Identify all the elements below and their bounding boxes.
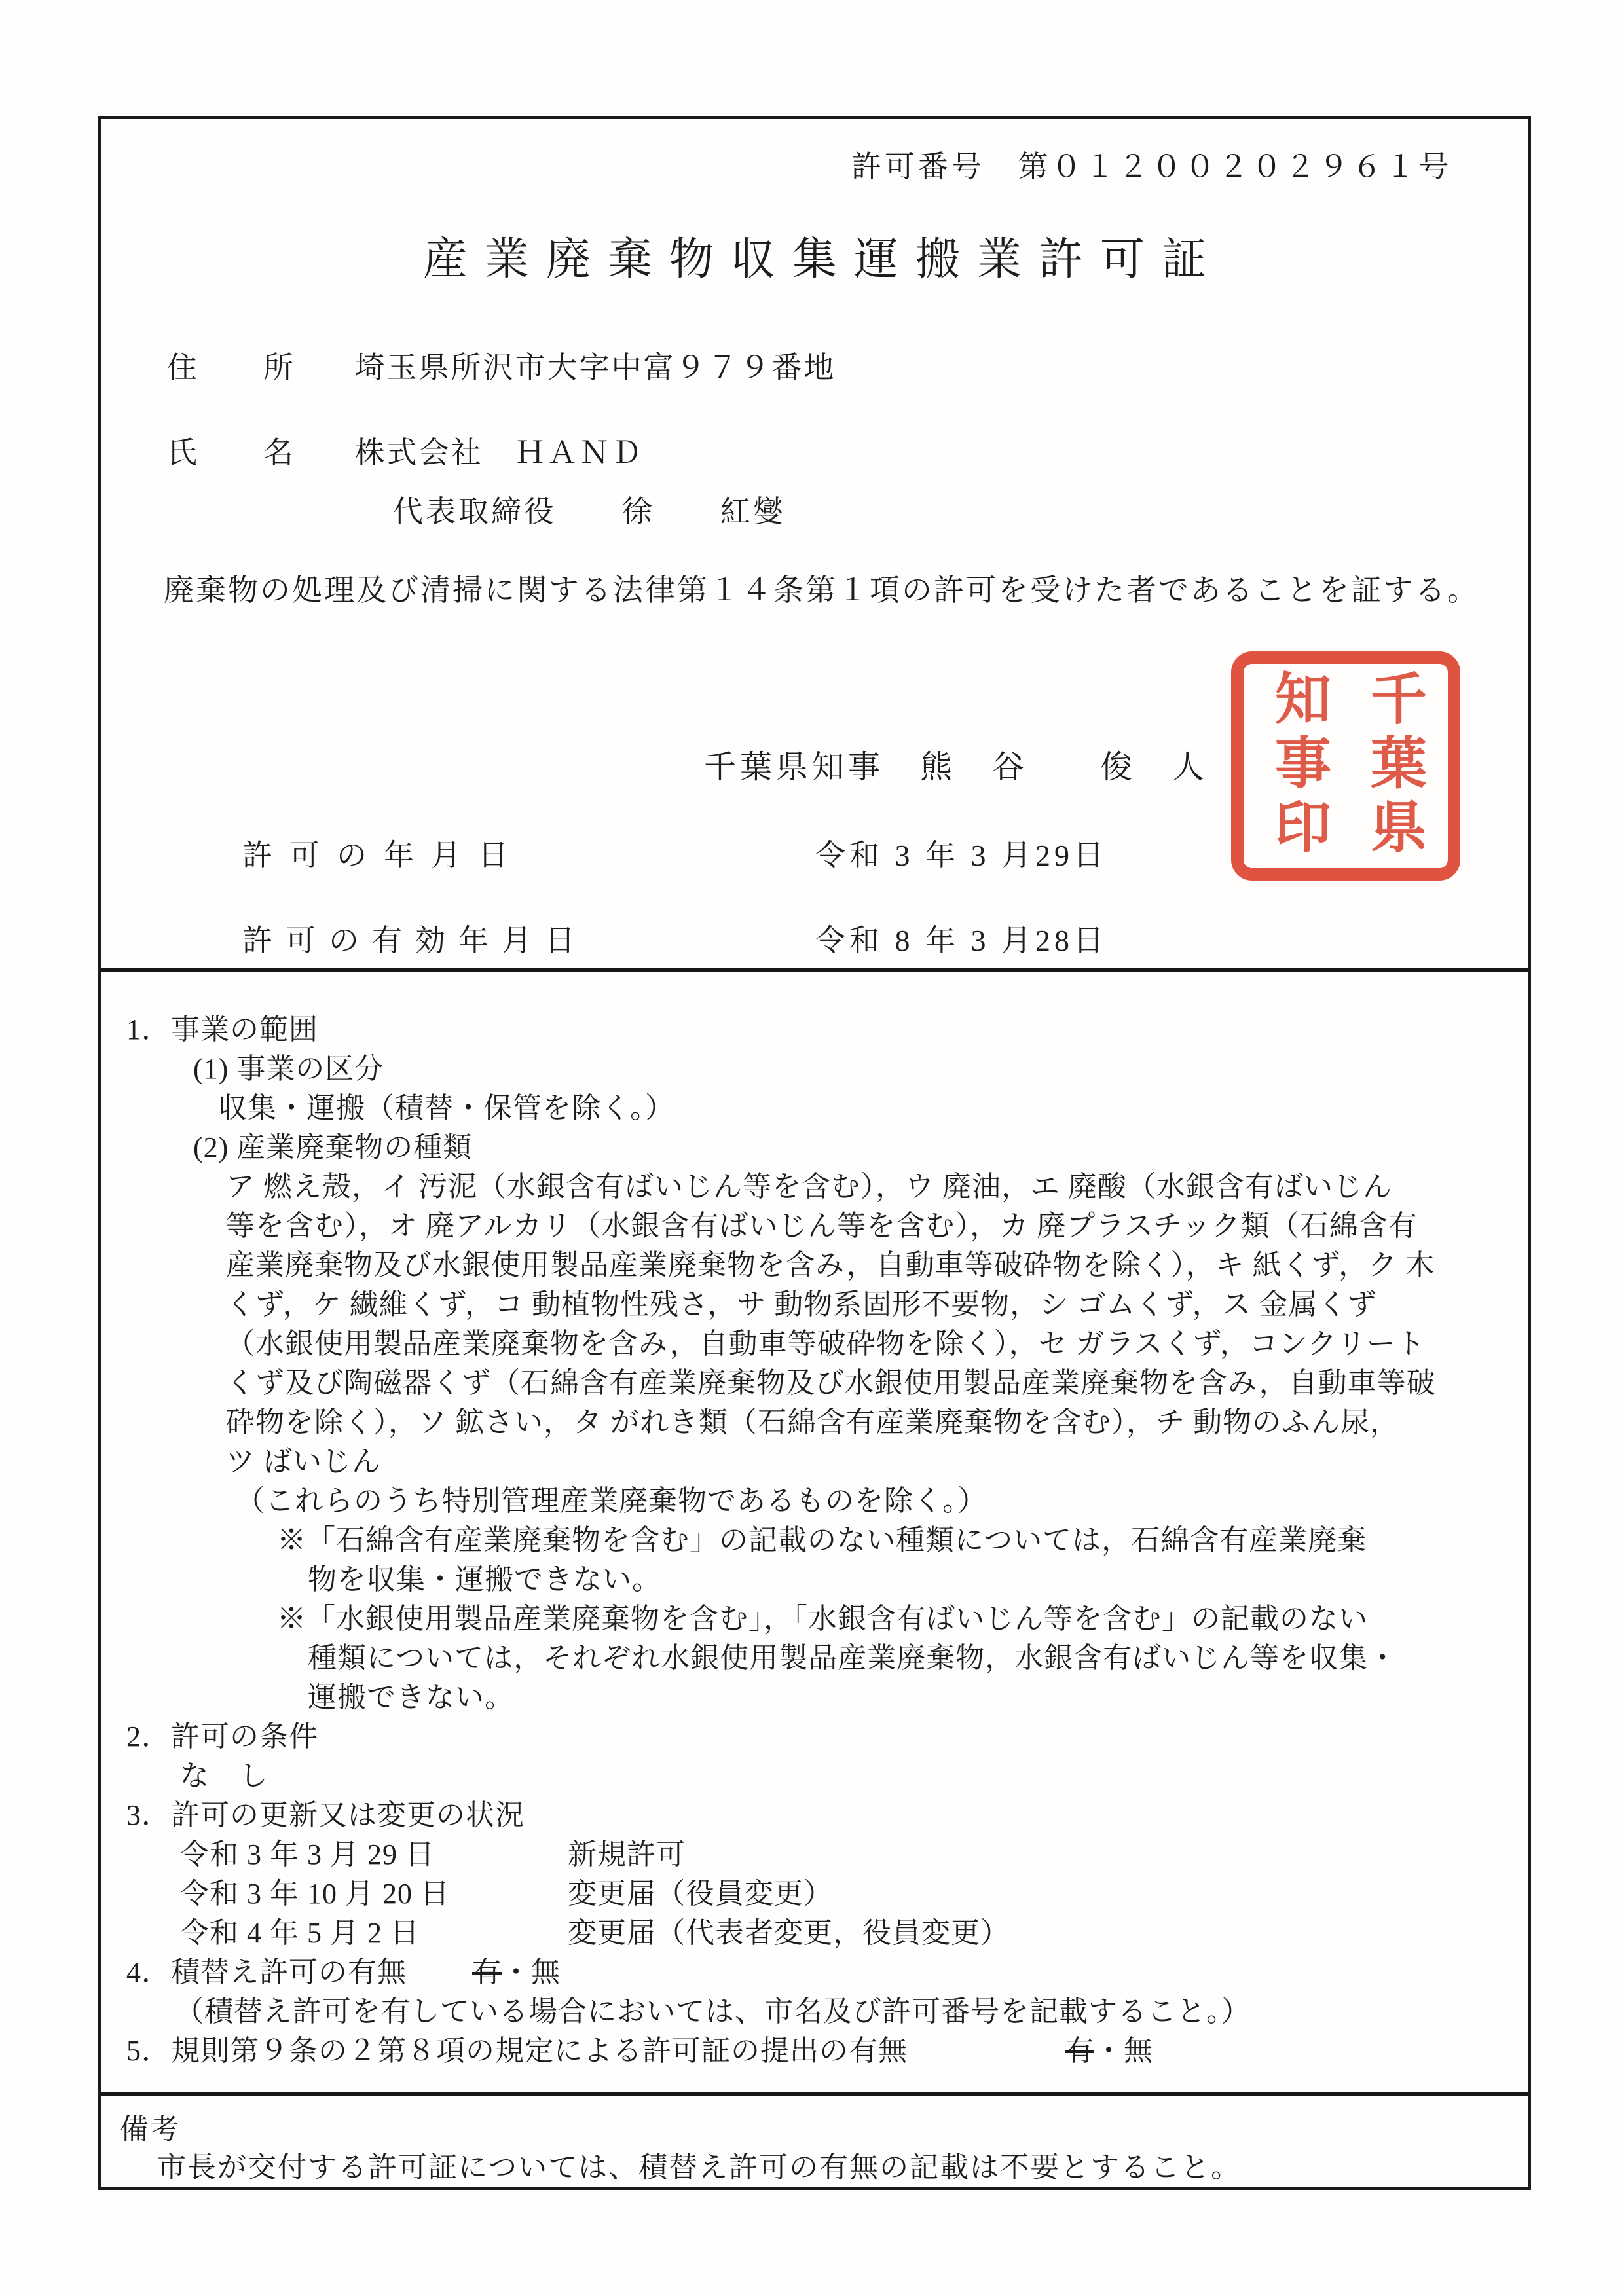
conditions-section: 1．事業の範囲 (1) 事業の区分 収集・運搬（積替・保管を除く。） (2) 産… [101, 968, 1528, 2092]
section1-heading: 1．事業の範囲 [101, 1010, 1528, 1049]
mercury-note-line: 種類については，それぞれ水銀使用製品産業廃棄物，水銀含有ばいじん等を収集・ [101, 1639, 1528, 1678]
scanned-permit-page: 許可番号 第０１２００２０２９６１号 産業廃棄物収集運搬業許可証 住 所 埼玉県… [0, 0, 1624, 2296]
remarks-box: 備考 市長が交付する許可証については、積替え許可の有無の記載は不要とすること。 [101, 2092, 1528, 2187]
history-date: 令和 4 年 5 月 2 日 [180, 1914, 560, 1953]
grant-date-row: 許可の年月日 令和 3 年 3 月29日 [242, 831, 525, 875]
history-row: 令和 3 年 3 月 29 日 新規許可 [101, 1835, 1528, 1874]
expiry-date-label: 許可の有効年月日 [242, 917, 588, 960]
name-label: 氏 名 [167, 436, 295, 469]
seal-characters: 千葉県知事印 [1250, 669, 1441, 863]
address-label: 住 所 [167, 351, 295, 384]
permit-number-label: 許可番号 [851, 150, 985, 183]
waste-kinds-line: くず及び陶磁器くず（石綿含有産業廃棄物及び水銀使用製品産業廃棄物を含み，自動車等… [101, 1364, 1528, 1403]
address-value: 埼玉県所沢市大字中富９７９番地 [355, 351, 836, 384]
official-red-seal: 千葉県知事印 [1231, 651, 1460, 881]
history-desc: 変更届（役員変更） [568, 1878, 833, 1910]
remarks-title: 備考 [120, 2105, 180, 2147]
address-row: 住 所 埼玉県所沢市大字中富９７９番地 [167, 344, 836, 387]
history-row: 令和 4 年 5 月 2 日 変更届（代表者変更，役員変更） [101, 1914, 1528, 1953]
mercury-note-line: 運搬できない。 [101, 1678, 1528, 1717]
section5-label: 5．規則第９条の２第８項の規定による許可証の提出の有無 [126, 2035, 908, 2067]
section4-kept-option: 無 [531, 1956, 561, 1988]
certification-statement: 廃棄物の処理及び清掃に関する法律第１４条第１項の許可を受けた者であることを証する… [164, 566, 1479, 610]
section2-body: な し [101, 1757, 1528, 1796]
section5-struck-option: 有 [1065, 2035, 1094, 2067]
section4-struck-option: 有 [472, 1956, 502, 1988]
section4-separator: ・ [502, 1956, 531, 1988]
section2-heading: 2．許可の条件 [101, 1717, 1528, 1757]
history-date: 令和 3 年 10 月 20 日 [180, 1874, 560, 1914]
waste-kinds-line: ア 燃え殻，イ 汚泥（水銀含有ばいじん等を含む），ウ 廃油，エ 廃酸（水銀含有ば… [101, 1167, 1528, 1207]
history-date: 令和 3 年 3 月 29 日 [180, 1835, 560, 1874]
section5-separator: ・ [1094, 2035, 1124, 2067]
section4-note: （積替え許可を有している場合においては、市名及び許可番号を記載すること。） [101, 1992, 1528, 2032]
waste-kinds-line: 産業廃棄物及び水銀使用製品産業廃棄物を含み，自動車等破砕物を除く），キ 紙くず，… [101, 1246, 1528, 1285]
history-row: 令和 3 年 10 月 20 日 変更届（役員変更） [101, 1874, 1528, 1914]
grant-date-value: 令和 3 年 3 月29日 [815, 831, 1107, 875]
document-title: 産業廃棄物収集運搬業許可証 [101, 224, 1528, 287]
company-name: 株式会社 ＨＡＮＤ [355, 436, 644, 469]
governor-name-line: 千葉県知事 熊 谷 俊 人 [704, 742, 1208, 788]
remarks-body: 市長が交付する許可証については、積替え許可の有無の記載は不要とすること。 [157, 2143, 1241, 2185]
grant-date-label: 許可の年月日 [242, 831, 525, 875]
waste-kinds-line: 砕物を除く），ソ 鉱さい，タ がれき類（石綿含有産業廃棄物を含む），チ 動物のふ… [101, 1403, 1528, 1442]
section1-1-body: 収集・運搬（積替・保管を除く。） [101, 1089, 1528, 1128]
expiry-date-row: 許可の有効年月日 令和 8 年 3 月28日 [242, 917, 588, 960]
section4-row: 4．積替え許可の有無有・無 [101, 1953, 1528, 1992]
waste-kinds-exclusion-note: （これらのうち特別管理産業廃棄物であるものを除く。） [101, 1482, 1528, 1521]
mercury-note-line: ※「水銀使用製品産業廃棄物を含む」，「水銀含有ばいじん等を含む」の記載のない [101, 1599, 1528, 1639]
asbestos-note-line: ※「石綿含有産業廃棄物を含む」の記載のない種類については，石綿含有産業廃棄 [101, 1521, 1528, 1560]
section4-label: 4．積替え許可の有無 [126, 1956, 407, 1988]
section5-kept-option: 無 [1124, 2035, 1153, 2067]
permit-number-value: 第０１２００２０２９６１号 [1018, 150, 1452, 183]
waste-kinds-line: （水銀使用製品産業廃棄物を含み，自動車等破砕物を除く），セ ガラスくず，コンクリ… [101, 1324, 1528, 1364]
asbestos-note-line: 物を収集・運搬できない。 [101, 1560, 1528, 1599]
section5-row: 5．規則第９条の２第８項の規定による許可証の提出の有無有・無 [101, 2032, 1528, 2071]
waste-kinds-line: ツ ばいじん [101, 1442, 1528, 1482]
waste-kinds-line: 等を含む），オ 廃アルカリ（水銀含有ばいじん等を含む），カ 廃プラスチック類（石… [101, 1207, 1528, 1246]
history-desc: 新規許可 [568, 1838, 686, 1870]
name-row: 氏 名 株式会社 ＨＡＮＤ [167, 429, 644, 472]
waste-kinds-line: くず，ケ 繊維くず，コ 動植物性残さ，サ 動物系固形不要物，シ ゴムくず，ス 金… [101, 1285, 1528, 1324]
section1-2-heading: (2) 産業廃棄物の種類 [101, 1128, 1528, 1167]
section1-1-heading: (1) 事業の区分 [101, 1049, 1528, 1089]
section3-heading: 3．許可の更新又は変更の状況 [101, 1796, 1528, 1835]
document-border-frame: 許可番号 第０１２００２０２９６１号 産業廃棄物収集運搬業許可証 住 所 埼玉県… [98, 116, 1531, 2190]
expiry-date-value: 令和 8 年 3 月28日 [815, 917, 1107, 960]
representative-row: 代表取締役 徐 紅燮 [393, 488, 786, 531]
permit-number-row: 許可番号 第０１２００２０２９６１号 [851, 143, 1452, 186]
history-desc: 変更届（代表者変更，役員変更） [568, 1917, 1010, 1949]
